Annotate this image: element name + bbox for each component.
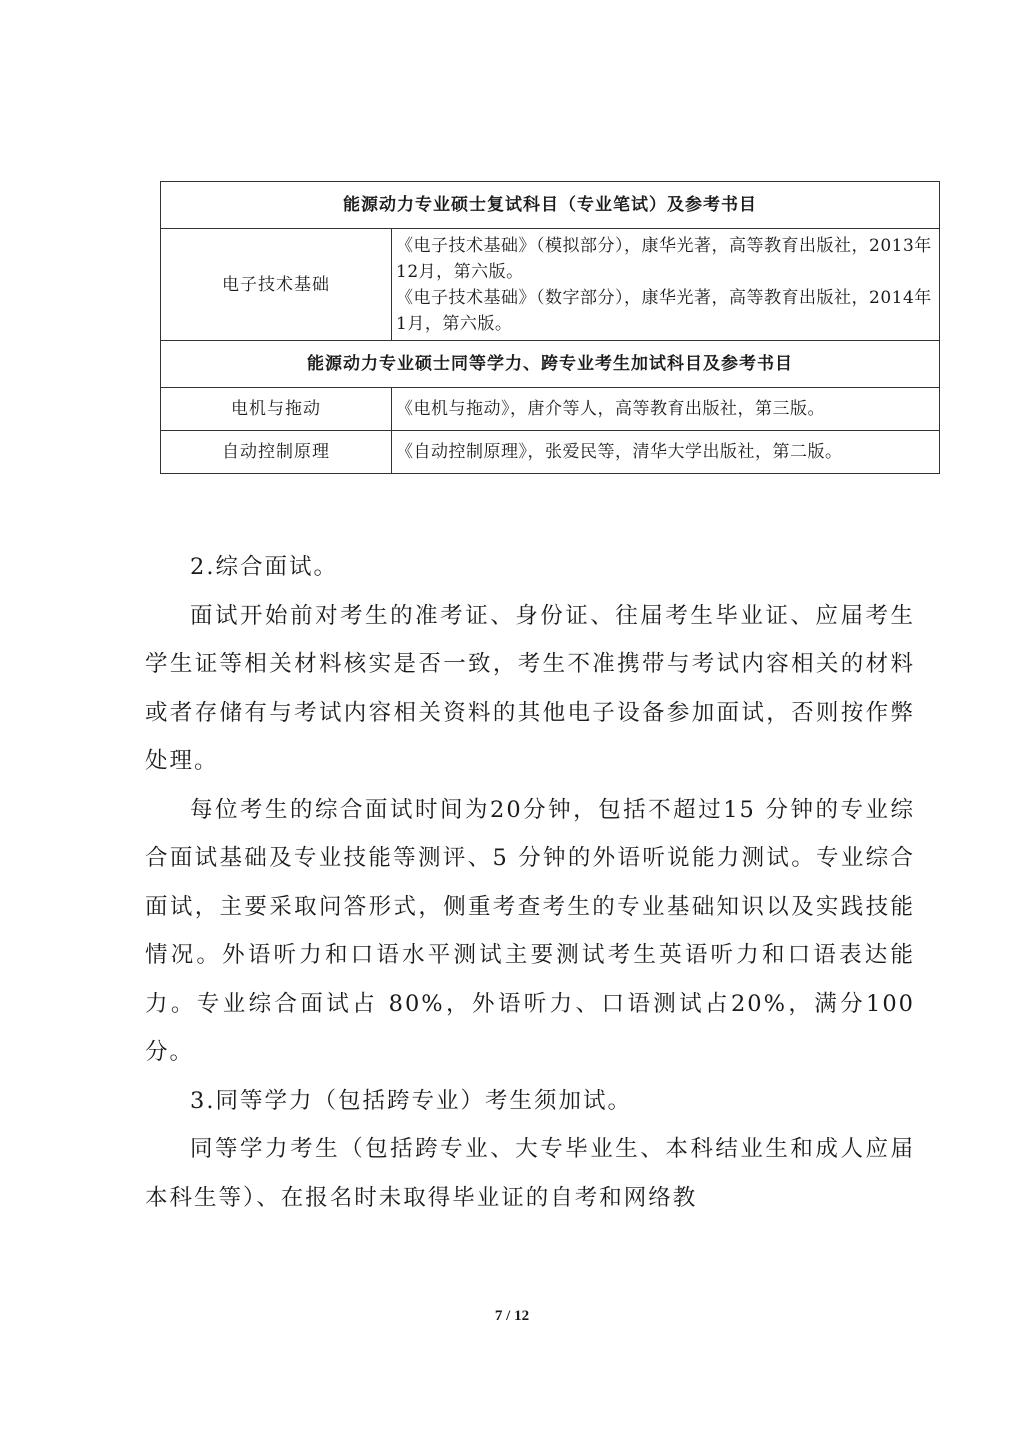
paragraph: 面试开始前对考生的准考证、身份证、往届考生毕业证、应届考生学生证等相关材料核实是… <box>145 592 915 786</box>
section1-title: 能源动力专业硕士复试科目（专业笔试）及参考书目 <box>161 182 940 229</box>
subject-cell: 自动控制原理 <box>161 431 392 474</box>
paragraph: 同等学力考生（包括跨专业、大专毕业生、本科结业生和成人应届本科生等）、在报名时未… <box>145 1125 915 1222</box>
table-row: 电子技术基础 《电子技术基础》（模拟部分），康华光著，高等教育出版社，2013年… <box>161 229 940 341</box>
section-heading-2: 2.综合面试。 <box>145 543 915 592</box>
subject-cell: 电机与拖动 <box>161 388 392 431</box>
book-entry: 《电子技术基础》（模拟部分），康华光著，高等教育出版社，2013年12月，第六版… <box>396 233 935 285</box>
section-heading-3: 3.同等学力（包括跨专业）考生须加试。 <box>145 1077 915 1126</box>
book-entry: 《电子技术基础》（数字部分），康华光著，高等教育出版社，2014年1月，第六版。 <box>396 285 935 337</box>
books-cell: 《自动控制原理》，张爱民等，清华大学出版社，第二版。 <box>392 431 940 474</box>
subject-cell: 电子技术基础 <box>161 229 392 341</box>
books-cell: 《电子技术基础》（模拟部分），康华光著，高等教育出版社，2013年12月，第六版… <box>392 229 940 341</box>
table-row: 电机与拖动 《电机与拖动》，唐介等人，高等教育出版社，第三版。 <box>161 388 940 431</box>
paragraph: 每位考生的综合面试时间为20分钟，包括不超过15 分钟的专业综合面试基础及专业技… <box>145 786 915 1077</box>
section2-title: 能源动力专业硕士同等学力、跨专业考生加试科目及参考书目 <box>161 341 940 388</box>
page-number: 7 / 12 <box>0 1308 1024 1325</box>
reference-books-table: 能源动力专业硕士复试科目（专业笔试）及参考书目 电子技术基础 《电子技术基础》（… <box>160 181 940 474</box>
books-cell: 《电机与拖动》，唐介等人，高等教育出版社，第三版。 <box>392 388 940 431</box>
table-row: 自动控制原理 《自动控制原理》，张爱民等，清华大学出版社，第二版。 <box>161 431 940 474</box>
body-text: 2.综合面试。 面试开始前对考生的准考证、身份证、往届考生毕业证、应届考生学生证… <box>145 543 915 1222</box>
